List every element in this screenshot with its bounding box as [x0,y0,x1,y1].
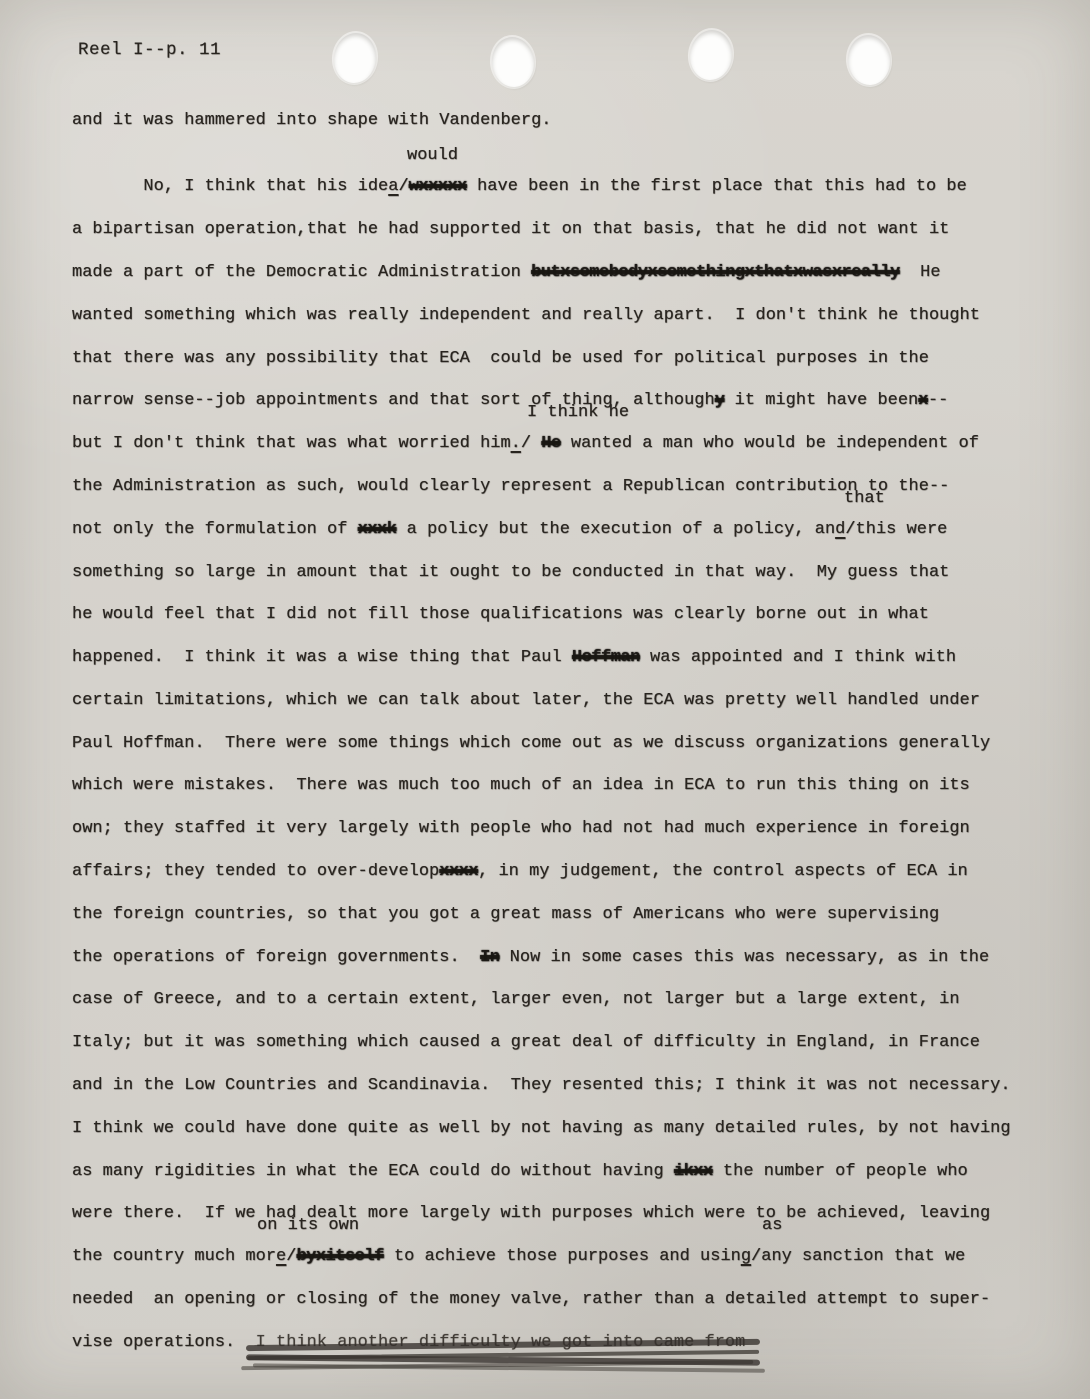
struck-text: Hoffman [572,648,640,667]
punch-hole [687,28,735,83]
typed-text: affairs; they tended to over-develop [72,862,439,881]
typed-text: something so large in amount that it oug… [72,563,949,582]
typed-line: the operations of foreign governments. I… [72,937,1072,980]
typed-text: the country much mor [72,1247,276,1266]
typed-text: and it was hammered into shape with Vand… [72,111,551,130]
typed-text: certain limitations, which we can talk a… [72,691,980,710]
typed-line: needed an opening or closing of the mone… [72,1279,1072,1322]
typed-text: I think we could have done quite as well… [72,1119,1011,1138]
punch-hole [331,31,379,86]
typed-text: Italy; but it was something which caused… [72,1033,980,1052]
typed-line: case of Greece, and to a certain extent,… [72,979,1072,1022]
typed-text: wanted a man who would be independent of [561,434,979,453]
struck-text: byxitself [296,1247,383,1266]
typed-text: /this were [845,520,947,539]
typed-text: but I don't think that was what worried … [72,434,511,453]
typed-text: a [388,177,398,196]
typed-line: he would feel that I did not fill those … [72,594,1072,637]
interline-insertion: would [407,146,458,166]
typed-line: that there was any possibility that ECA … [72,338,1072,381]
typed-text: wanted something which was really indepe… [72,306,980,325]
interline-insertion: that [844,489,885,509]
typed-text: the number of people who [713,1162,968,1181]
typed-line: made a part of the Democratic Administra… [72,252,1072,295]
typed-line: vise operations. I think another difficu… [72,1322,1072,1365]
typed-lines: and it was hammered into shape with Vand… [72,100,1072,1365]
typed-text: own; they staffed it very largely with p… [72,819,970,838]
typed-text: d [835,520,845,539]
typed-line: on its ownasthe country much more/byxits… [72,1236,1072,1279]
typed-text: needed an opening or closing of the mone… [72,1290,990,1309]
typed-text: a policy but the execution of a policy, … [396,520,835,539]
struck-text: xxxx [439,862,478,881]
typed-line: a bipartisan operation,that he had suppo… [72,209,1072,252]
typed-text: have been in the first place that this h… [467,177,967,196]
interline-insertion: as [762,1216,782,1236]
struck-text: wxxxxx [409,177,467,196]
typed-text: No, I think that his ide [72,177,388,196]
typed-text: which were mistakes. There was much too … [72,776,970,795]
page-header-reel-number: Reel I--p. 11 [78,40,221,60]
typed-text: it might have been [724,391,918,410]
heavy-struck-text: I think another difficulty we got into c… [256,1333,746,1352]
typed-line: as many rigidities in what the ECA could… [72,1151,1072,1194]
typed-text: / [286,1247,296,1266]
typed-line: I think hebut I don't think that was wha… [72,423,1072,466]
typed-line: Paul Hoffman. There were some things whi… [72,723,1072,766]
typed-line: something so large in amount that it oug… [72,552,1072,595]
typed-line: affairs; they tended to over-developxxxx… [72,851,1072,894]
typed-text: the operations of foreign governments. [72,948,480,967]
typed-text: /any sanction that we [751,1247,965,1266]
typed-text: that there was any possibility that ECA … [72,349,929,368]
struck-text: He [541,434,560,453]
struck-text: x [918,391,928,410]
typed-text: / [398,177,408,196]
scanned-document-page: Reel I--p. 11 and it was hammered into s… [0,0,1090,1399]
punch-hole [490,35,537,89]
typed-line: I think we could have done quite as well… [72,1108,1072,1151]
typed-text: was appointed and I think with [640,648,956,667]
typed-text: case of Greece, and to a certain extent,… [72,990,960,1009]
typed-text: e [276,1247,286,1266]
typed-text: Paul Hoffman. There were some things whi… [72,734,990,753]
typed-line: which were mistakes. There was much too … [72,765,1072,808]
struck-text: ikxx [674,1162,713,1181]
typed-text: / [521,434,541,453]
typed-line: would No, I think that his idea/wxxxxx h… [72,166,1072,209]
typed-line: the Administration as such, would clearl… [72,466,1072,509]
typed-text: Now in some cases this was necessary, as… [499,948,989,967]
interline-insertion: I think he [527,403,629,423]
typed-line: and it was hammered into shape with Vand… [72,100,1072,143]
typed-text: a bipartisan operation,that he had suppo… [72,220,949,239]
typed-line: were there. If we had dealt more largely… [72,1193,1072,1236]
typed-text: were there. If we had dealt more largely… [72,1204,990,1223]
typed-text: made a part of the Democratic Administra… [72,263,531,282]
struck-text: butxsomebodyxsomethingxthatxwasxreally [531,263,900,282]
typed-line: own; they staffed it very largely with p… [72,808,1072,851]
struck-text: y [715,391,725,410]
typed-text: , in my judgement, the control aspects o… [478,862,968,881]
typed-text: . [511,434,521,453]
typed-text: He [900,263,941,282]
struck-text: In [480,948,499,967]
typed-text: g [741,1247,751,1266]
typed-line: the foreign countries, so that you got a… [72,894,1072,937]
interline-insertion: on its own [257,1216,359,1236]
typed-text: the foreign countries, so that you got a… [72,905,939,924]
typed-line: happened. I think it was a wise thing th… [72,637,1072,680]
typed-text: he would feel that I did not fill those … [72,605,929,624]
typed-line: Italy; but it was something which caused… [72,1022,1072,1065]
typed-text: not only the formulation of [72,520,358,539]
punch-hole [846,33,893,87]
typed-text: as many rigidities in what the ECA could… [72,1162,674,1181]
struck-text: xxxk [358,520,397,539]
typed-text: vise operations. [72,1333,256,1352]
typed-text: the Administration as such, would clearl… [72,477,949,496]
typed-line: certain limitations, which we can talk a… [72,680,1072,723]
typed-text: -- [928,391,948,410]
typed-line: and in the Low Countries and Scandinavia… [72,1065,1072,1108]
typed-text: happened. I think it was a wise thing th… [72,648,572,667]
typed-text: and in the Low Countries and Scandinavia… [72,1076,1011,1095]
typed-line: thatnot only the formulation of xxxk a p… [72,509,1072,552]
typed-text: to achieve those purposes and usin [384,1247,741,1266]
typed-line: wanted something which was really indepe… [72,295,1072,338]
